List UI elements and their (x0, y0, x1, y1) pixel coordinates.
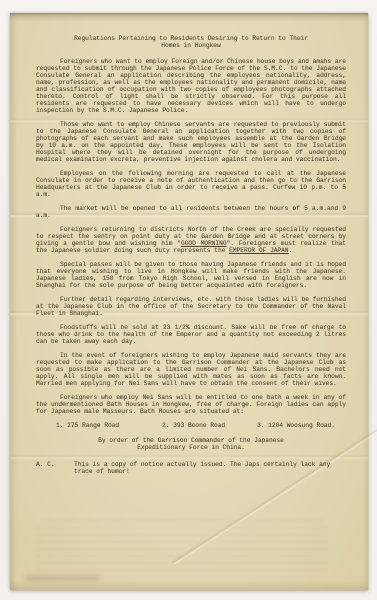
paragraph-special-passes: Special passes will be given to those ha… (36, 261, 346, 289)
paragraph-chinese-servants: Those who want to employ Chinese servant… (36, 121, 346, 163)
bath-house-list: 1. 275 Range Road 2. 393 Boone Road 3. 1… (36, 422, 346, 429)
paragraph-maid-servants: In the event of foreigners wishing to em… (36, 352, 346, 387)
bath-house-item: 1. 275 Range Road (56, 422, 119, 429)
signoff-line-2: Expeditionary Force in China. (36, 444, 346, 451)
faded-ink-smudge (24, 575, 100, 581)
paragraph-bath-houses: Foreigners who employ Nei Sans will be e… (36, 394, 346, 415)
sentry-text-segment: . (289, 247, 293, 254)
bath-house-item: 2. 393 Boone Road (162, 422, 225, 429)
paragraph-interviews: Further detail regarding interviews, etc… (36, 296, 346, 317)
paragraph-market-hours: The market will be opened to all residen… (36, 205, 346, 219)
bath-house-number: 3. (257, 422, 264, 429)
paragraph-authentication-pass: Employees on the following morning are r… (36, 170, 346, 198)
signoff-line-1: By order of the Garrison Commander of th… (36, 437, 346, 444)
signature-block: By order of the Garrison Commander of th… (36, 437, 346, 451)
bath-house-number: 1. (56, 422, 63, 429)
typewritten-text: Regulations Pertaining to Residents Desi… (36, 35, 346, 475)
paragraph-sentry-bow: Foreigners returning to districts North … (36, 226, 346, 254)
title-line-1: Regulations Pertaining to Residents Desi… (36, 35, 346, 42)
document-title: Regulations Pertaining to Residents Desi… (36, 35, 346, 49)
collector-note-text: This is a copy of notice actually issued… (74, 461, 346, 475)
good-morning-underlined: GOOD MORNING (181, 240, 227, 247)
bath-house-number: 2. (162, 422, 169, 429)
bath-house-address: 275 Range Road (67, 422, 119, 429)
photo-background: Regulations Pertaining to Residents Desi… (0, 0, 377, 600)
bath-house-item: 3. 1204 Woosung Road. (257, 422, 335, 429)
paragraph-foodstuffs-sake: Foodstuffs will be sold at 23 1/2% disco… (36, 324, 346, 345)
collector-note: A. C. This is a copy of notice actually … (36, 461, 346, 475)
collector-initials: A. C. (36, 461, 66, 475)
emperor-of-japan-underlined: EMPEROR OF JAPAN (229, 247, 288, 254)
title-line-2: Homes in Hongkew (36, 42, 346, 49)
bath-house-address: 1204 Woosung Road. (268, 422, 335, 429)
paragraph-house-boys: Foreigners who want to employ Foreign an… (36, 58, 346, 114)
document-page: Regulations Pertaining to Residents Desi… (10, 13, 368, 590)
bath-house-address: 393 Boone Road (173, 422, 225, 429)
ink-bleed-through (36, 520, 328, 574)
